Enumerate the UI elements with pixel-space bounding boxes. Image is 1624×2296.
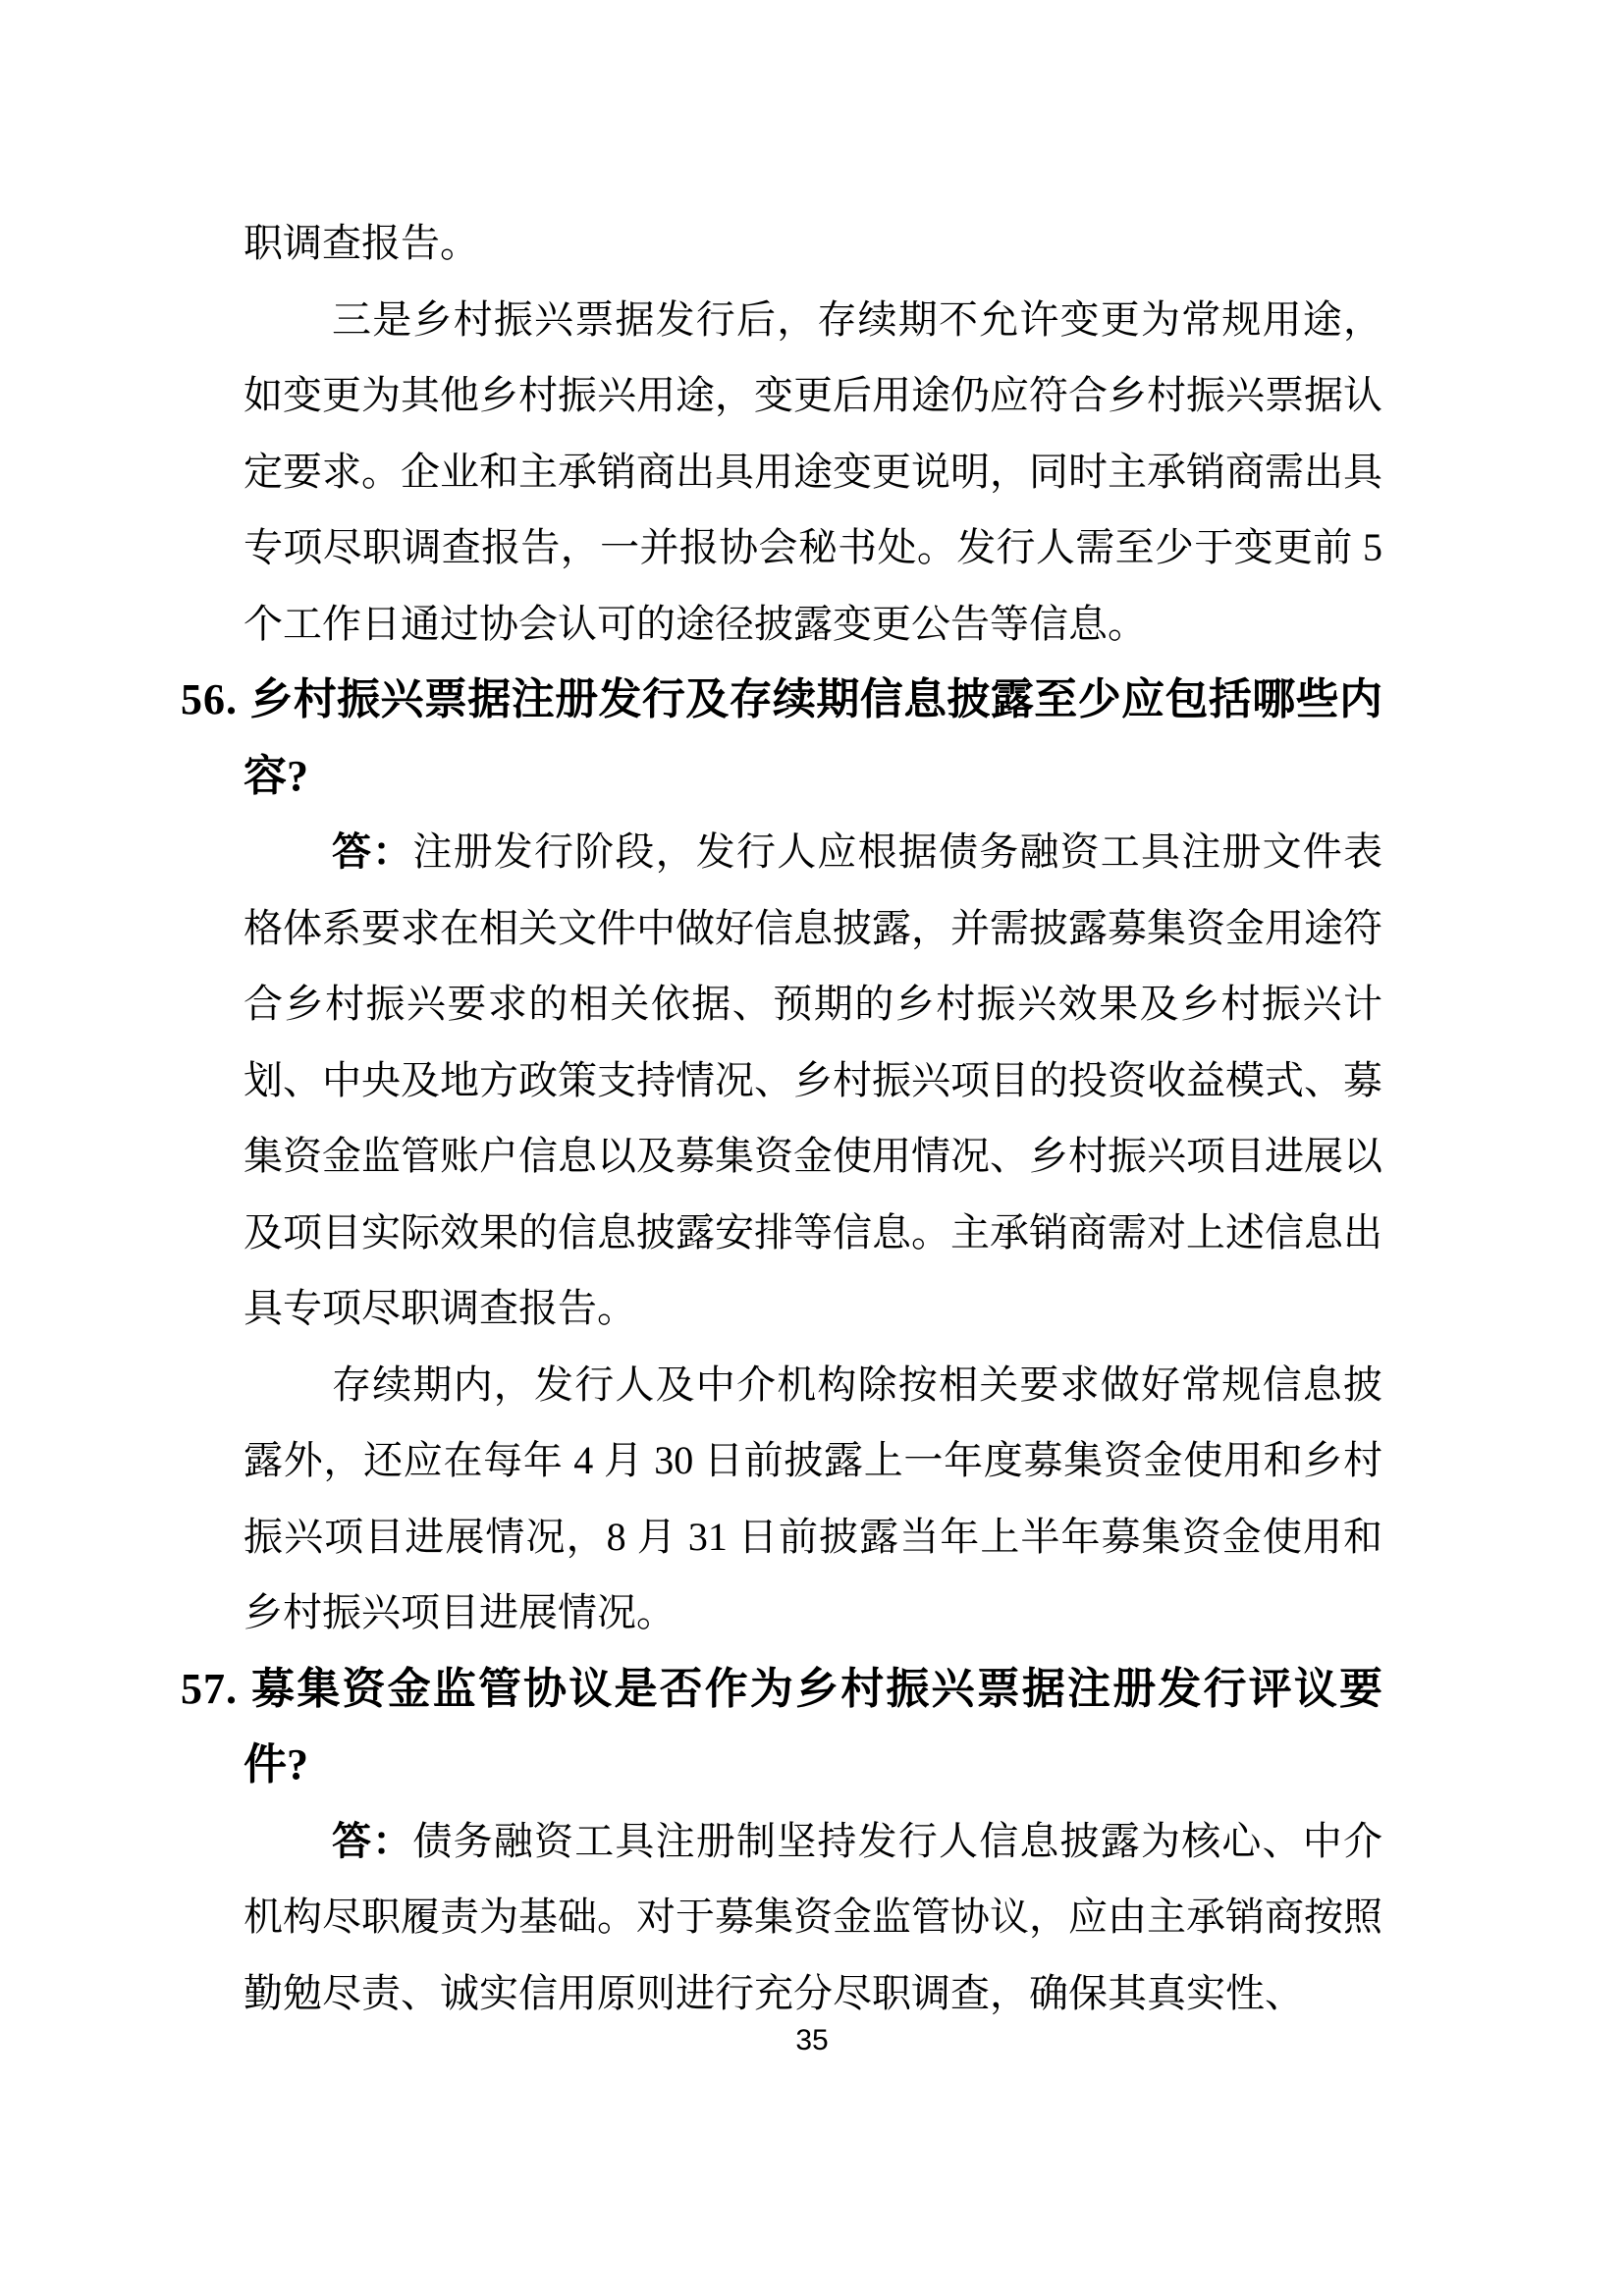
paragraph: 存续期内，发行人及中介机构除按相关要求做好常规信息披露外，还应在每年 4 月 3… — [244, 1347, 1382, 1651]
question-number: 57. — [181, 1665, 238, 1713]
answer-text: 债务融资工具注册制坚持发行人信息披露为核心、中介机构尽职履责为基础。对于募集资金… — [244, 1819, 1382, 2015]
paragraph: 职调查报告。 — [244, 205, 1382, 282]
answer-label: 答： — [332, 829, 412, 874]
document-page: 职调查报告。三是乡村振兴票据发行后，存续期不允许变更为常规用途，如变更为其他乡村… — [0, 0, 1624, 2296]
question-text: 募集资金监管协议是否作为乡村振兴票据注册发行评议要件? — [244, 1665, 1382, 1789]
paragraph: 三是乡村振兴票据发行后，存续期不允许变更为常规用途，如变更为其他乡村振兴用途，变… — [244, 282, 1382, 663]
answer-label: 答： — [332, 1819, 412, 1863]
question-text: 乡村振兴票据注册发行及存续期信息披露至少应包括哪些内容? — [244, 675, 1382, 800]
answer-paragraph: 答：债务融资工具注册制坚持发行人信息披露为核心、中介机构尽职履责为基础。对于募集… — [244, 1803, 1382, 2032]
question-number: 56. — [181, 675, 238, 723]
answer-paragraph: 答：注册发行阶段，发行人应根据债务融资工具注册文件表格体系要求在相关文件中做好信… — [244, 814, 1382, 1347]
page-content: 职调查报告。三是乡村振兴票据发行后，存续期不允许变更为常规用途，如变更为其他乡村… — [244, 205, 1382, 2031]
question-heading: 56.乡村振兴票据注册发行及存续期信息披露至少应包括哪些内容? — [244, 662, 1382, 814]
answer-text: 注册发行阶段，发行人应根据债务融资工具注册文件表格体系要求在相关文件中做好信息披… — [244, 829, 1382, 1330]
question-heading: 57.募集资金监管协议是否作为乡村振兴票据注册发行评议要件? — [244, 1651, 1382, 1803]
page-number: 35 — [0, 2024, 1624, 2057]
